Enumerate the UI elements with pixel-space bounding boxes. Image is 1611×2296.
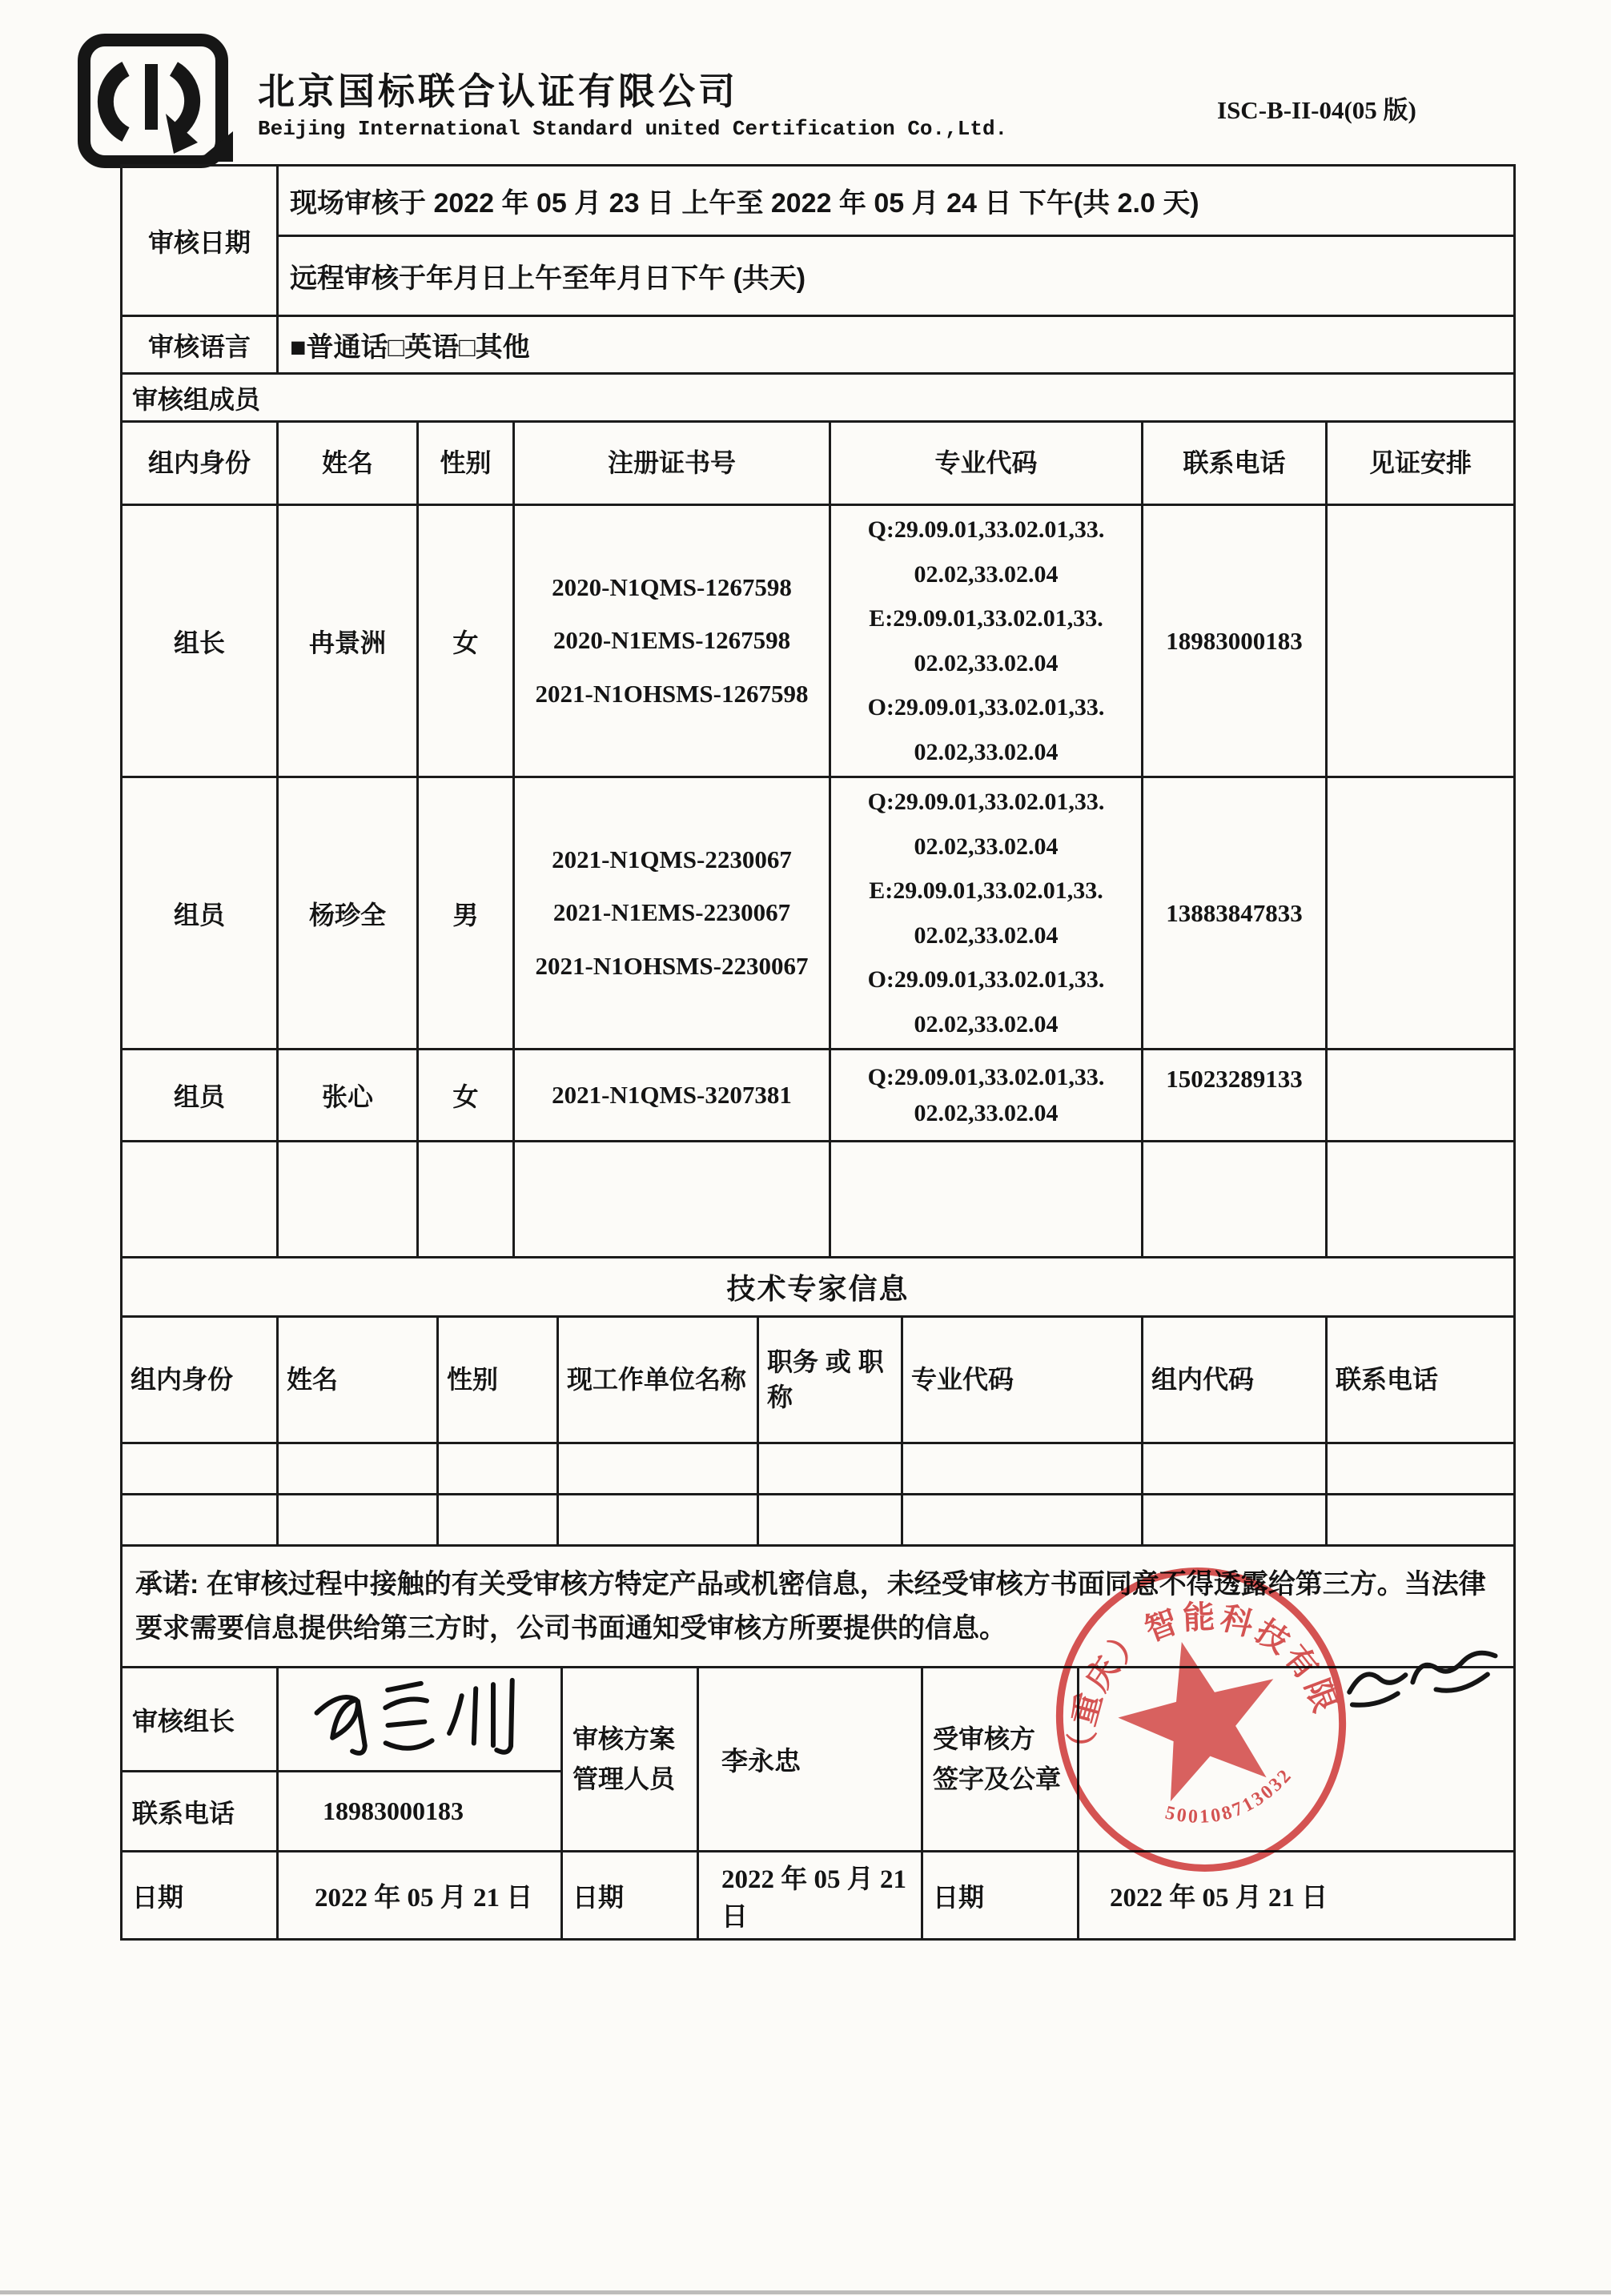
empty-cell: [278, 1495, 438, 1546]
scan-edge-shadow: [0, 2290, 1611, 2294]
member-prof-codes: Q:29.09.01,33.02.01,33. 02.02,33.02.04: [830, 1050, 1143, 1142]
table-row: 组员 张心 女 2021-N1QMS-3207381 Q:29.09.01,33…: [122, 1050, 1515, 1142]
empty-cell: [122, 1142, 278, 1258]
table-row-empty: [122, 1495, 1515, 1546]
member-prof-codes: Q:29.09.01,33.02.01,33. 02.02,33.02.04 E…: [830, 777, 1143, 1050]
empty-cell: [438, 1495, 558, 1546]
empty-cell: [902, 1495, 1143, 1546]
company-name-en: Beijing International Standard united Ce…: [258, 117, 1007, 141]
member-witness-cell: [1327, 505, 1515, 777]
leader-phone: 18983000183: [278, 1772, 562, 1852]
empty-cell: [1327, 1142, 1515, 1258]
col-prof-code: 专业代码: [830, 422, 1143, 505]
team-members-label: 审核组成员: [122, 374, 1515, 422]
member-role: 组长: [122, 505, 278, 777]
empty-cell: [1327, 1443, 1515, 1495]
table-row: 组员 杨珍全 男 2021-N1QMS-2230067 2021-N1EMS-2…: [122, 777, 1515, 1050]
member-cert-numbers: 2021-N1QMS-3207381: [514, 1050, 830, 1142]
team-members-table: 组内身份 姓名 性别 注册证书号 专业代码 联系电话 见证安排 组长 冉景洲 女…: [120, 420, 1516, 1258]
company-name-cn: 北京国标联合认证有限公司: [258, 62, 738, 115]
empty-cell: [438, 1443, 558, 1495]
col-gender: 性别: [438, 1317, 558, 1443]
empty-cell: [1327, 1495, 1515, 1546]
leader-date: 2022 年 05 月 21 日: [278, 1852, 562, 1940]
signoff-table: 审核组长: [120, 1666, 1516, 1941]
empty-cell: [558, 1443, 758, 1495]
member-role: 组员: [122, 777, 278, 1050]
member-name: 冉景洲: [278, 505, 418, 777]
col-title: 职务 或 职称: [758, 1317, 902, 1443]
col-cert-no: 注册证书号: [514, 422, 830, 505]
col-team-code: 组内代码: [1143, 1317, 1327, 1443]
audit-language-label: 审核语言: [122, 316, 278, 374]
empty-cell: [758, 1495, 902, 1546]
audit-form: 审核日期 现场审核于 2022 年 05 月 23 日 上午至 2022 年 0…: [120, 164, 1513, 1941]
empty-cell: [1143, 1142, 1327, 1258]
member-gender: 女: [418, 505, 514, 777]
expert-header-row: 组内身份 姓名 性别 现工作单位名称 职务 或 职称 专业代码 组内代码 联系电…: [122, 1317, 1515, 1443]
auditee-label: 受审核方 签字及公章: [922, 1668, 1079, 1852]
empty-cell: [830, 1142, 1143, 1258]
audit-language-value: ■普通话□英语□其他: [278, 316, 1515, 374]
empty-cell: [1143, 1443, 1327, 1495]
member-witness-cell: [1327, 777, 1515, 1050]
member-gender: 男: [418, 777, 514, 1050]
member-name: 杨珍全: [278, 777, 418, 1050]
empty-cell: [558, 1495, 758, 1546]
expert-section-title: 技术专家信息: [122, 1258, 1515, 1317]
col-witness: 见证安排: [1327, 422, 1515, 505]
member-phone: 13883847833: [1143, 777, 1327, 1050]
member-cert-numbers: 2020-N1QMS-1267598 2020-N1EMS-1267598 20…: [514, 505, 830, 777]
date-label: 日期: [922, 1852, 1079, 1940]
auditee-seal-cell: [1079, 1668, 1515, 1852]
table-row-empty: [122, 1443, 1515, 1495]
date-label: 日期: [562, 1852, 698, 1940]
table-row-empty: [122, 1142, 1515, 1258]
empty-cell: [514, 1142, 830, 1258]
leader-signature-cell: [278, 1668, 562, 1772]
empty-cell: [1143, 1495, 1327, 1546]
member-phone: 18983000183: [1143, 505, 1327, 777]
member-prof-codes: Q:29.09.01,33.02.01,33. 02.02,33.02.04 E…: [830, 505, 1143, 777]
member-role: 组员: [122, 1050, 278, 1142]
col-role: 组内身份: [122, 422, 278, 505]
empty-cell: [902, 1443, 1143, 1495]
table-row: 组长 冉景洲 女 2020-N1QMS-1267598 2020-N1EMS-1…: [122, 505, 1515, 777]
commitment-table: 承诺: 在审核过程中接触的有关受审核方特定产品或机密信息，未经受审核方书面同意不…: [120, 1544, 1516, 1668]
company-logo: [76, 34, 244, 170]
team-header-row: 组内身份 姓名 性别 注册证书号 专业代码 联系电话 见证安排: [122, 422, 1515, 505]
audit-info-table: 审核日期 现场审核于 2022 年 05 月 23 日 上午至 2022 年 0…: [120, 164, 1516, 423]
date-label: 日期: [122, 1852, 278, 1940]
member-gender: 女: [418, 1050, 514, 1142]
empty-cell: [758, 1443, 902, 1495]
col-phone: 联系电话: [1143, 422, 1327, 505]
empty-cell: [122, 1443, 278, 1495]
col-gender: 性别: [418, 422, 514, 505]
empty-cell: [122, 1495, 278, 1546]
manager-date: 2022 年 05 月 21 日: [698, 1852, 922, 1940]
member-phone: 15023289133: [1143, 1050, 1327, 1142]
col-name: 姓名: [278, 1317, 438, 1443]
empty-cell: [278, 1443, 438, 1495]
member-cert-numbers: 2021-N1QMS-2230067 2021-N1EMS-2230067 20…: [514, 777, 830, 1050]
document-header: 北京国标联合认证有限公司 Beijing International Stand…: [0, 0, 1611, 164]
member-name: 张心: [278, 1050, 418, 1142]
phone-label: 联系电话: [122, 1772, 278, 1852]
col-employer: 现工作单位名称: [558, 1317, 758, 1443]
commitment-text: 承诺: 在审核过程中接触的有关受审核方特定产品或机密信息，未经受审核方书面同意不…: [122, 1546, 1515, 1668]
empty-cell: [278, 1142, 418, 1258]
remote-audit-line: 远程审核于年月日上午至年月日下午 (共天): [278, 236, 1515, 316]
manager-label: 审核方案 管理人员: [562, 1668, 698, 1852]
manager-name: 李永忠: [698, 1668, 922, 1852]
member-witness-cell: [1327, 1050, 1515, 1142]
leader-signature: [297, 1668, 541, 1767]
col-name: 姓名: [278, 422, 418, 505]
form-code: ISC-B-II-04(05 版): [1217, 90, 1481, 126]
empty-cell: [418, 1142, 514, 1258]
onsite-audit-line: 现场审核于 2022 年 05 月 23 日 上午至 2022 年 05 月 2…: [278, 166, 1515, 236]
auditee-date: 2022 年 05 月 21 日: [1079, 1852, 1515, 1940]
scanned-audit-form-page: 北京国标联合认证有限公司 Beijing International Stand…: [0, 0, 1611, 2296]
col-phone: 联系电话: [1327, 1317, 1515, 1443]
col-role: 组内身份: [122, 1317, 278, 1443]
expert-table: 技术专家信息 组内身份 姓名 性别 现工作单位名称 职务 或 职称 专业代码 组…: [120, 1256, 1516, 1547]
leader-label: 审核组长: [122, 1668, 278, 1772]
audit-date-label: 审核日期: [122, 166, 278, 316]
col-prof-code: 专业代码: [902, 1317, 1143, 1443]
